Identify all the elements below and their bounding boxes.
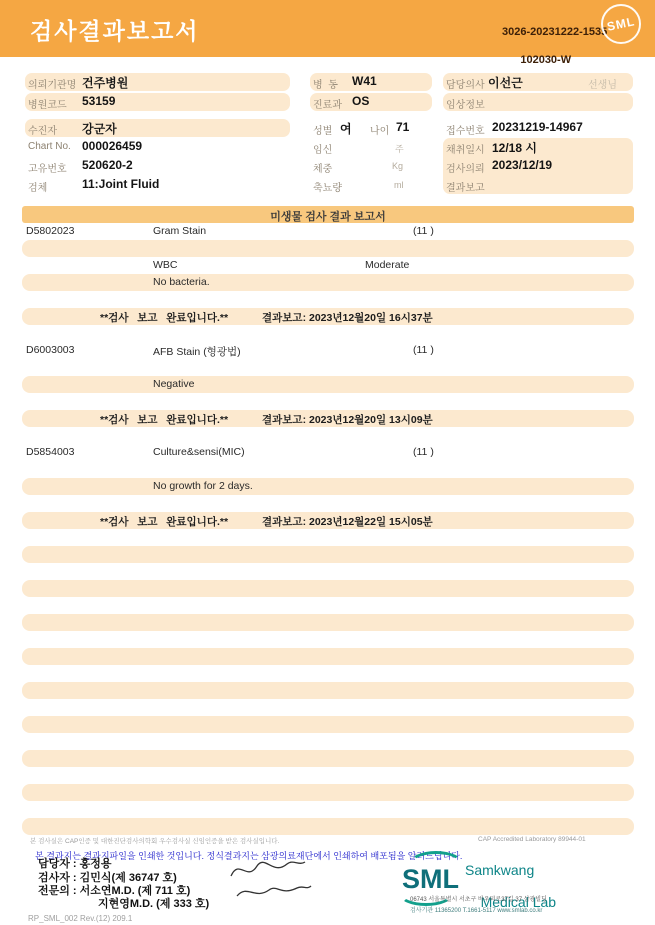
stripe-patient-name (25, 119, 290, 137)
table-row: D6003003AFB Stain (형광법)(11 ) (22, 342, 634, 359)
table-row (22, 461, 634, 478)
table-cell-msg: **검사 보고 완료입니다.** (100, 310, 228, 325)
patient-name-label: 수진자 (28, 122, 57, 137)
table-cell-code: D5802023 (26, 225, 74, 237)
hosp-code-value: 53159 (82, 94, 115, 108)
sml-logo-text: SML (602, 13, 640, 34)
lab-logo-text: SML (402, 864, 459, 895)
cap-accreditation-text: CAP Accredited Laboratory 89944-01 (478, 836, 586, 843)
chart-value: 000026459 (82, 139, 142, 153)
weight-unit: Kg (392, 161, 403, 171)
table-cell-ref: (11 ) (413, 344, 434, 356)
table-row (22, 716, 634, 733)
header-bar: 검사결과보고서 3026-20231222-1535 102030-W SML (0, 0, 655, 57)
table-row (22, 291, 634, 308)
staff-specialist2: 지현영M.D. (제 333 호) (98, 895, 209, 911)
table-row: D5854003Culture&sensi(MIC)(11 ) (22, 444, 634, 461)
specimen-value: 11:Joint Fluid (82, 177, 159, 191)
age-label: 나이 (370, 122, 389, 137)
table-cell-code: D6003003 (26, 344, 74, 356)
table-row (22, 546, 634, 563)
org-value: 건주병원 (82, 74, 128, 91)
pregnancy-label: 임신 (313, 141, 332, 156)
table-row (22, 563, 634, 580)
doctor-suffix: 선생님 (588, 76, 617, 91)
receipt-label: 접수번호 (446, 122, 485, 137)
sml-logo-icon: SML (601, 4, 641, 44)
table-cell-name: WBC (153, 259, 178, 271)
table-row (22, 359, 634, 376)
org-label: 의뢰기관명 (28, 76, 76, 91)
pregnancy-unit: 주 (395, 142, 404, 155)
table-row: **검사 보고 완료입니다.**결과보고: 2023년12월22일 15시05분 (22, 512, 634, 529)
table-cell-name: No bacteria. (153, 276, 210, 288)
table-cell-msg: **검사 보고 완료입니다.** (100, 514, 228, 529)
specimen-label: 검체 (28, 179, 47, 194)
ward-value: W41 (352, 74, 377, 88)
doctor-value: 이선근 (488, 74, 523, 91)
sex-value: 여 (340, 120, 352, 137)
reported-label: 결과보고 (446, 179, 485, 194)
table-row (22, 750, 634, 767)
table-cell-result: Moderate (365, 259, 409, 271)
lab-name-line1: Samkwang (465, 862, 534, 878)
requested-value: 2023/12/19 (492, 158, 552, 172)
ward-label: 병 동 (313, 76, 338, 91)
requested-label: 검사의뢰 (446, 160, 485, 175)
lab-contact: 검사기관 11365200 T.1661-5117 www.smlab.co.k… (410, 905, 542, 914)
table-cell-report: 결과보고: 2023년12월22일 15시05분 (262, 514, 433, 529)
page-title: 검사결과보고서 (30, 13, 200, 46)
table-cell-report: 결과보고: 2023년12월20일 13시09분 (262, 412, 433, 427)
document-number: 3026-20231222-1535 102030-W (502, 25, 607, 67)
urine-unit: ml (394, 180, 404, 190)
table-row (22, 325, 634, 342)
signature-icon (225, 856, 320, 904)
clinical-label: 임상정보 (446, 96, 485, 111)
table-row: Negative (22, 376, 634, 393)
collected-label: 채취일시 (446, 141, 485, 156)
table-row (22, 393, 634, 410)
table-row: No bacteria. (22, 274, 634, 291)
table-row (22, 665, 634, 682)
table-row (22, 580, 634, 597)
lab-address: 06743 서울특별시 서초구 바우뫼로37길 37 삼광빌딩 (410, 894, 547, 903)
sex-label: 성별 (313, 122, 332, 137)
urine-label: 축뇨량 (313, 179, 342, 194)
patient-name-value: 강군자 (82, 120, 117, 137)
doctor-label: 담당의사 (446, 76, 485, 91)
dept-label: 진료과 (313, 96, 342, 111)
table-cell-ref: (11 ) (413, 225, 434, 237)
table-row (22, 767, 634, 784)
uid-value: 520620-2 (82, 158, 133, 172)
table-row (22, 614, 634, 631)
table-row: No growth for 2 days. (22, 478, 634, 495)
table-row (22, 801, 634, 818)
table-cell-name: Culture&sensi(MIC) (153, 446, 245, 458)
table-row (22, 495, 634, 512)
table-row (22, 529, 634, 546)
table-row: 미생물 검사 결과 보고서 (22, 206, 634, 223)
table-cell-name: AFB Stain (형광법) (153, 344, 241, 359)
table-row (22, 427, 634, 444)
document-number-line1: 3026-20231222-1535 (502, 26, 607, 38)
receipt-value: 20231219-14967 (492, 120, 583, 134)
table-row: **검사 보고 완료입니다.**결과보고: 2023년12월20일 13시09분 (22, 410, 634, 427)
table-row (22, 631, 634, 648)
accreditation-notice: 본 검사실은 CAP인증 및 대한진단검사의학회 우수검사실 신임인증을 받은 … (30, 836, 279, 845)
collected-value: 12/18 시 (492, 139, 537, 156)
table-row: WBCModerate (22, 257, 634, 274)
report-table: 미생물 검사 결과 보고서D5802023Gram Stain(11 )WBCM… (22, 206, 634, 835)
table-row (22, 240, 634, 257)
table-row (22, 733, 634, 750)
table-row (22, 784, 634, 801)
table-row (22, 699, 634, 716)
weight-label: 체중 (313, 160, 332, 175)
hosp-code-label: 병원코드 (28, 96, 67, 111)
table-row: D5802023Gram Stain(11 ) (22, 223, 634, 240)
table-cell-name: No growth for 2 days. (153, 480, 253, 492)
uid-label: 고유번호 (28, 160, 67, 175)
table-cell-name: Gram Stain (153, 225, 206, 237)
table-cell-code: D5854003 (26, 446, 74, 458)
table-row (22, 818, 634, 835)
form-number: RP_SML_002 Rev.(12) 209.1 (28, 914, 132, 923)
dept-value: OS (352, 94, 369, 108)
table-row (22, 648, 634, 665)
table-cell-center: 미생물 검사 결과 보고서 (22, 208, 634, 224)
lab-report-page: 검사결과보고서 3026-20231222-1535 102030-W SML … (0, 0, 655, 925)
age-value: 71 (396, 120, 409, 134)
table-row: **검사 보고 완료입니다.**결과보고: 2023년12월20일 16시37분 (22, 308, 634, 325)
table-cell-name: Negative (153, 378, 194, 390)
table-cell-ref: (11 ) (413, 446, 434, 458)
table-row (22, 682, 634, 699)
table-cell-report: 결과보고: 2023년12월20일 16시37분 (262, 310, 433, 325)
table-cell-msg: **검사 보고 완료입니다.** (100, 412, 228, 427)
table-row (22, 597, 634, 614)
chart-label: Chart No. (28, 141, 71, 152)
document-number-line2: 102030-W (520, 54, 571, 66)
